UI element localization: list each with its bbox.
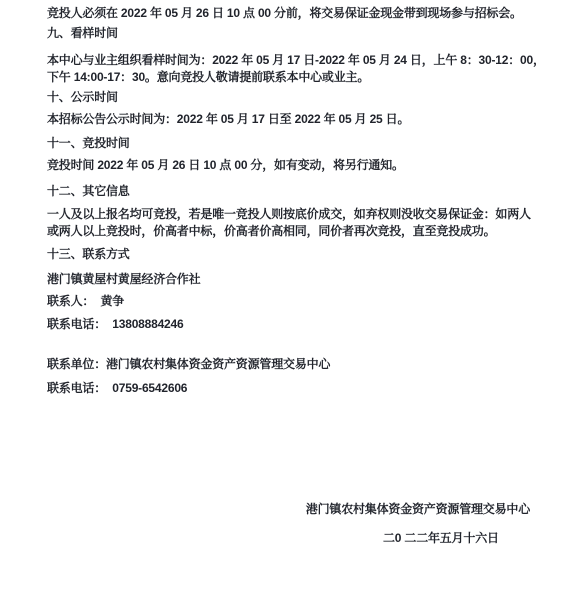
bidding-time-line: 竞投时间 2022 年 05 月 26 日 10 点 00 分，如有变动，将另行… (47, 159, 404, 172)
publicity-time-line: 本招标公告公示时间为：2022 年 05 月 17 日至 2022 年 05 月… (47, 113, 409, 126)
deposit-requirement-line: 竞投人必须在 2022 年 05 月 26 日 10 点 00 分前，将交易保证… (47, 7, 522, 20)
contact-phone-line: 联系电话： 13808884246 (47, 318, 183, 331)
other-info-line-2: 或两人以上竞投时，价高者中标，价高者价高相同，同价者再次竞投，直至竞投成功。 (47, 225, 495, 238)
other-info-line-1: 一人及以上报名均可竞投，若是唯一竞投人则按底价成交，如弃权则没收交易保证金：如两… (47, 208, 531, 221)
contact-person-line: 联系人： 黄争 (47, 295, 124, 308)
section-heading-other-info: 十二、其它信息 (47, 185, 130, 198)
section-heading-publicity-time: 十、公示时间 (47, 91, 118, 104)
section-heading-contact: 十三、联系方式 (47, 248, 130, 261)
document-page: 竞投人必须在 2022 年 05 月 26 日 10 点 00 分前，将交易保证… (0, 0, 576, 598)
unit-phone-line: 联系电话： 0759-6542606 (47, 382, 187, 395)
viewing-time-line-1: 本中心与业主组织看样时间为：2022 年 05 月 17 日-2022 年 05… (47, 54, 545, 67)
section-heading-bidding-time: 十一、竞投时间 (47, 137, 130, 150)
section-heading-viewing-time: 九、看样时间 (47, 27, 118, 40)
signature-date: 二0 二二年五月十六日 (383, 532, 499, 545)
viewing-time-line-2: 下午 14:00-17：30。意向竞投人敬请提前联系本中心或业主。 (47, 71, 369, 84)
signature-organization: 港门镇农村集体资金资产资源管理交易中心 (306, 503, 530, 516)
contact-unit-line: 联系单位：港门镇农村集体资金资产资源管理交易中心 (47, 358, 330, 371)
owner-organization-line: 港门镇黄屋村黄屋经济合作社 (47, 273, 200, 286)
